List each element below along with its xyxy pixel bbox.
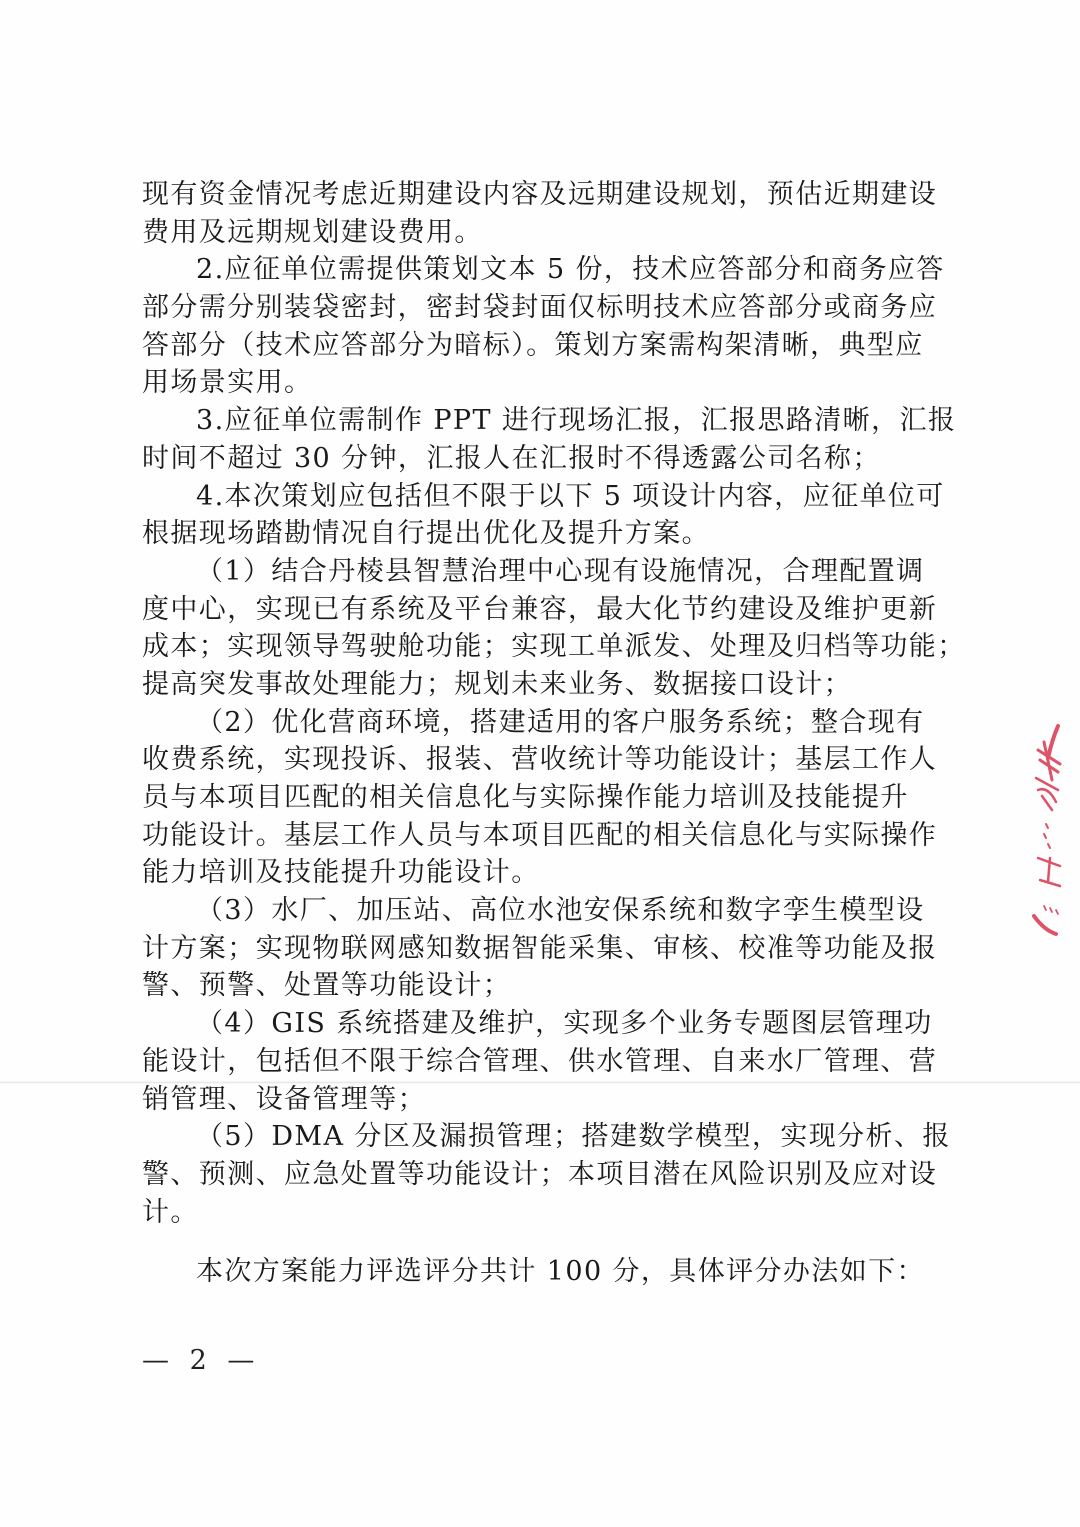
subitem-5-line: （5）DMA 分区及漏损管理；搭建数学模型，实现分析、报 xyxy=(142,1118,942,1156)
text-line: 费用及远期规划建设费用。 xyxy=(142,214,942,252)
text-line: 用场景实用。 xyxy=(142,364,942,402)
text-line: 现有资金情况考虑近期建设内容及远期建设规划，预估近期建设 xyxy=(142,176,942,214)
text-line: 功能设计。基层工作人员与本项目匹配的相关信息化与实际操作 xyxy=(142,817,942,855)
text-line: 部分需分别装袋密封，密封袋封面仅标明技术应答部分或商务应 xyxy=(142,289,942,327)
text-line: 收费系统，实现投诉、报装、营收统计等功能设计；基层工作人 xyxy=(142,741,942,779)
text-line: 成本；实现领导驾驶舱功能；实现工单派发、处理及归档等功能； xyxy=(142,628,942,666)
item-2-line: 2.应征单位需提供策划文本 5 份，技术应答部分和商务应答 xyxy=(142,251,942,289)
item-3-line: 3.应征单位需制作 PPT 进行现场汇报，汇报思路清晰，汇报 xyxy=(142,402,942,440)
text-line: 计方案；实现物联网感知数据智能采集、审核、校准等功能及报 xyxy=(142,930,942,968)
text-line: 提高突发事故处理能力；规划未来业务、数据接口设计； xyxy=(142,666,942,704)
text-line: 销管理、设备管理等； xyxy=(142,1081,942,1119)
text-line: 能力培训及技能提升功能设计。 xyxy=(142,854,942,892)
text-line: 能设计，包括但不限于综合管理、供水管理、自来水厂管理、营 xyxy=(142,1043,942,1081)
subitem-2-line: （2）优化营商环境，搭建适用的客户服务系统；整合现有 xyxy=(142,704,942,742)
document-body: 现有资金情况考虑近期建设内容及远期建设规划，预估近期建设 费用及远期规划建设费用… xyxy=(142,176,942,1291)
text-line: 计。 xyxy=(142,1194,942,1232)
text-line: 时间不超过 30 分钟，汇报人在汇报时不得透露公司名称； xyxy=(142,440,942,478)
closing-statement: 本次方案能力评选评分共计 100 分，具体评分办法如下： xyxy=(142,1253,942,1291)
subitem-4-line: （4）GIS 系统搭建及维护，实现多个业务专题图层管理功 xyxy=(142,1005,942,1043)
text-line: 警、预警、处置等功能设计； xyxy=(142,967,942,1005)
document-page: 现有资金情况考虑近期建设内容及远期建设规划，预估近期建设 费用及远期规划建设费用… xyxy=(0,0,1080,1527)
text-line: 度中心，实现已有系统及平台兼容，最大化节约建设及维护更新 xyxy=(142,591,942,629)
text-line: 答部分（技术应答部分为暗标）。策划方案需构架清晰，典型应 xyxy=(142,327,942,365)
text-line: 根据现场踏勘情况自行提出优化及提升方案。 xyxy=(142,515,942,553)
item-4-line: 4.本次策划应包括但不限于以下 5 项设计内容，应征单位可 xyxy=(142,478,942,516)
partial-red-seal-icon xyxy=(1022,720,1072,940)
subitem-1-line: （1）结合丹棱县智慧治理中心现有设施情况，合理配置调 xyxy=(142,553,942,591)
text-line: 员与本项目匹配的相关信息化与实际操作能力培训及技能提升 xyxy=(142,779,942,817)
text-line: 警、预测、应急处置等功能设计；本项目潜在风险识别及应对设 xyxy=(142,1156,942,1194)
subitem-3-line: （3）水厂、加压站、高位水池安保系统和数字孪生模型设 xyxy=(142,892,942,930)
page-number: — 2 — xyxy=(142,1345,260,1376)
